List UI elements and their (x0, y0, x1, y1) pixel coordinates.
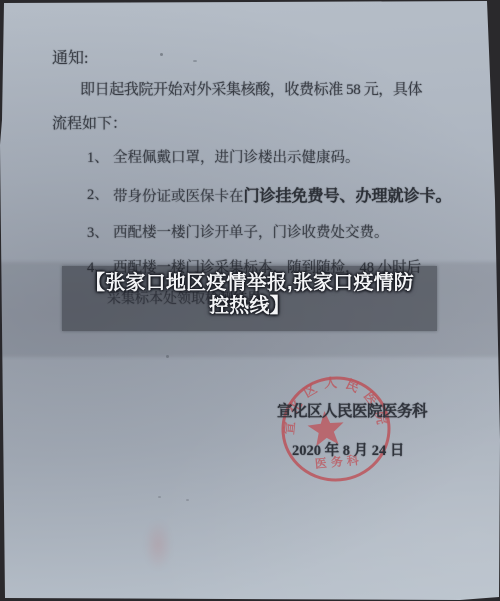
red-ink-smudge (144, 520, 172, 570)
list-item-text: 带身份证或医保卡在门诊挂免费号、办理就诊卡。 (113, 183, 452, 206)
paper-speck (160, 53, 163, 56)
list-item-text: 西配楼一楼门诊开单子，门诊收费处交费。 (113, 221, 389, 242)
caption-overlay: 【张家口地区疫情举报,张家口疫情防 控热线】 (62, 272, 437, 318)
list-item-number: 1、 (87, 146, 109, 167)
paper-speck (193, 60, 197, 62)
paper-speck (158, 496, 161, 498)
list-item-number: 3、 (87, 221, 109, 242)
official-seal-stamp: 宣化区人民医院 医务科 (270, 360, 405, 500)
list-item-text: 全程佩戴口罩，进门诊楼出示健康码。 (113, 146, 360, 167)
caption-line1: 【张家口地区疫情举报,张家口疫情防 (62, 272, 437, 295)
date-text: 2020 年 8 月 24 日 (292, 439, 404, 460)
list-item-number: 2、 (87, 183, 109, 204)
list-item-bold-text: 门诊挂免费号、办理就诊卡。 (244, 188, 452, 205)
signature-text: 宣化区人民医院医务科 (277, 399, 427, 421)
paper-speck (186, 499, 189, 501)
photo-of-notice: 通知: 即日起我院开始对外采集核酸，收费标准 58 元，具体 流程如下： 1、 … (0, 0, 500, 601)
caption-line2: 控热线】 (62, 295, 437, 318)
notice-intro-line2: 流程如下： (52, 112, 127, 133)
notice-intro-line1: 即日起我院开始对外采集核酸，收费标准 58 元，具体 (80, 78, 422, 99)
notice-title: 通知: (52, 45, 88, 68)
